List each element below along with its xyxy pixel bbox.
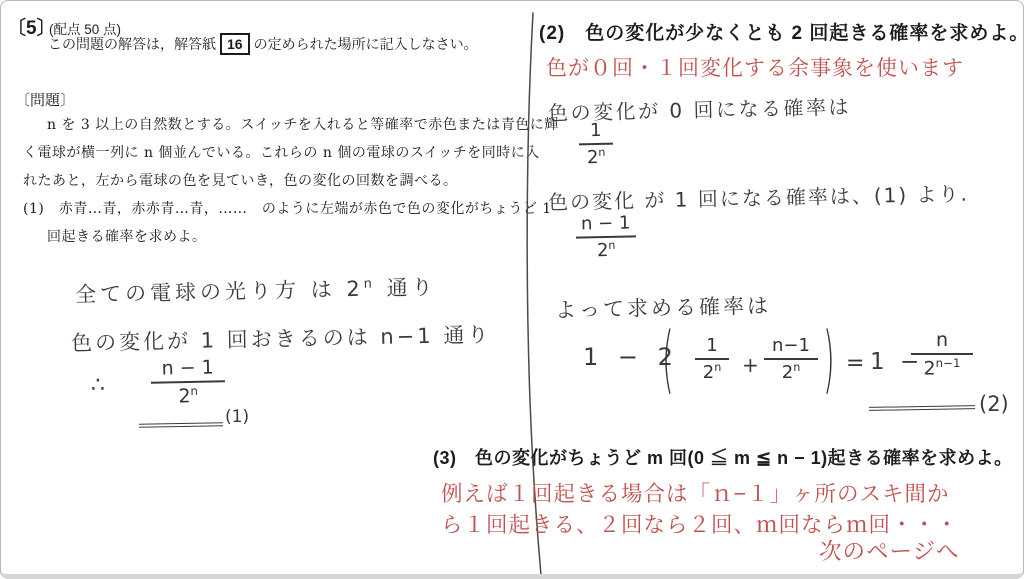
answer2-label: (2) bbox=[979, 392, 1009, 416]
hand-q1-line1-exponent: n bbox=[363, 276, 376, 291]
q2-frac1-numerator: n − 1 bbox=[581, 214, 631, 234]
eq-fraction-1: 1 2n bbox=[695, 337, 729, 383]
hand-q1-line1: 全ての電球の光り方 は 2n 通り bbox=[75, 271, 437, 309]
eq-fraction-result: n 2n−1 bbox=[911, 331, 973, 379]
answer1-label: (1) bbox=[225, 407, 249, 427]
eq-f2-denominator: 2n bbox=[782, 362, 801, 383]
fraction-bar bbox=[695, 358, 729, 360]
hand-q1-line1-post: 通り bbox=[376, 275, 437, 300]
eq-f3-numerator: n bbox=[936, 331, 948, 351]
problem-line-2: く電球が横一列に n 個並んでいる。これらの n 個の電球のスイッチを同時に入 bbox=[23, 142, 540, 162]
answer1-fraction: n − 1 2n bbox=[151, 358, 226, 408]
q3-next-page-note: 次のページへ bbox=[819, 534, 960, 566]
fraction-bar bbox=[579, 143, 613, 146]
q2-frac1-denominator: 2n bbox=[597, 240, 616, 261]
section-label: 〔問題〕 bbox=[15, 89, 75, 110]
q2-frac0-numerator: 1 bbox=[590, 122, 602, 141]
eq-f1-numerator: 1 bbox=[706, 337, 717, 356]
hand-q2-line1: 色の変化 が 1 回になる確率は、(1) より. bbox=[548, 178, 969, 216]
eq-f1-denominator: 2n bbox=[703, 362, 722, 383]
fraction-bar bbox=[764, 358, 818, 360]
worksheet-page: 〔5〕 (配点 50 点) この問題の解答は，解答紙 16 の定められた場所に記… bbox=[0, 0, 1024, 579]
q2-hint: 色が０回・１回変化する余事象を使います bbox=[546, 52, 964, 82]
q2-frac0-denominator: 2n bbox=[587, 147, 606, 168]
problem-line-4: (1) 赤青…青，赤赤青…青，…… のように左端が赤色で色の変化がちょうど 1 bbox=[23, 198, 552, 218]
equals-sign: = bbox=[846, 351, 864, 376]
fraction-bar bbox=[911, 353, 973, 355]
q2-fraction-one: n − 1 2n bbox=[576, 214, 637, 261]
instruction-pre: この問題の解答は，解答紙 bbox=[48, 34, 216, 54]
plus-sign: + bbox=[742, 353, 759, 377]
open-paren: ( bbox=[662, 318, 674, 404]
eq-f2-numerator: n−1 bbox=[772, 337, 810, 356]
eq-f3-denominator: 2n−1 bbox=[924, 357, 961, 379]
answer2-double-underline bbox=[869, 401, 975, 411]
problem-line-1: n を 3 以上の自然数とする。スイッチを入れると等確率で赤色または青色に輝 bbox=[47, 114, 559, 134]
hand-q1-line2: 色の変化が 1 回おきるのは n−1 通り bbox=[71, 319, 492, 358]
therefore-symbol: ∴ bbox=[91, 373, 105, 398]
q3-title: (3) 色の変化がちょうど m 回(0 ≦ m ≦ n − 1)起きる確率を求め… bbox=[433, 444, 1013, 470]
q3-hint-line1: 例えば１回起きる場合は「ｎ−１」ヶ所のスキ間か bbox=[441, 477, 950, 508]
fraction-bar bbox=[151, 380, 225, 384]
instruction-row: この問題の解答は，解答紙 16 の定められた場所に記入しなさい。 bbox=[48, 33, 478, 55]
answer-sheet-number-box: 16 bbox=[220, 33, 250, 55]
problem-line-5: 回起きる確率を求めよ。 bbox=[47, 226, 207, 246]
q2-fraction-zero: 1 2n bbox=[579, 122, 614, 168]
hand-q1-line1-pre: 全ての電球の光り方 は 2 bbox=[75, 277, 364, 307]
eq-fraction-2: n−1 2n bbox=[764, 337, 818, 383]
q2-title: (2) 色の変化が少なくとも 2 回起きる確率を求めよ。 bbox=[539, 18, 1024, 45]
answer1-numerator: n − 1 bbox=[161, 358, 214, 379]
answer1-denominator: 2n bbox=[178, 385, 198, 408]
problem-line-3: れたあと，左から電球の色を見ていき，色の変化の回数を調べる。 bbox=[23, 170, 457, 190]
fraction-bar bbox=[576, 235, 636, 238]
answer1-double-underline bbox=[139, 418, 223, 427]
close-paren: ) bbox=[823, 318, 835, 404]
instruction-post: の定められた場所に記入しなさい。 bbox=[254, 34, 478, 54]
